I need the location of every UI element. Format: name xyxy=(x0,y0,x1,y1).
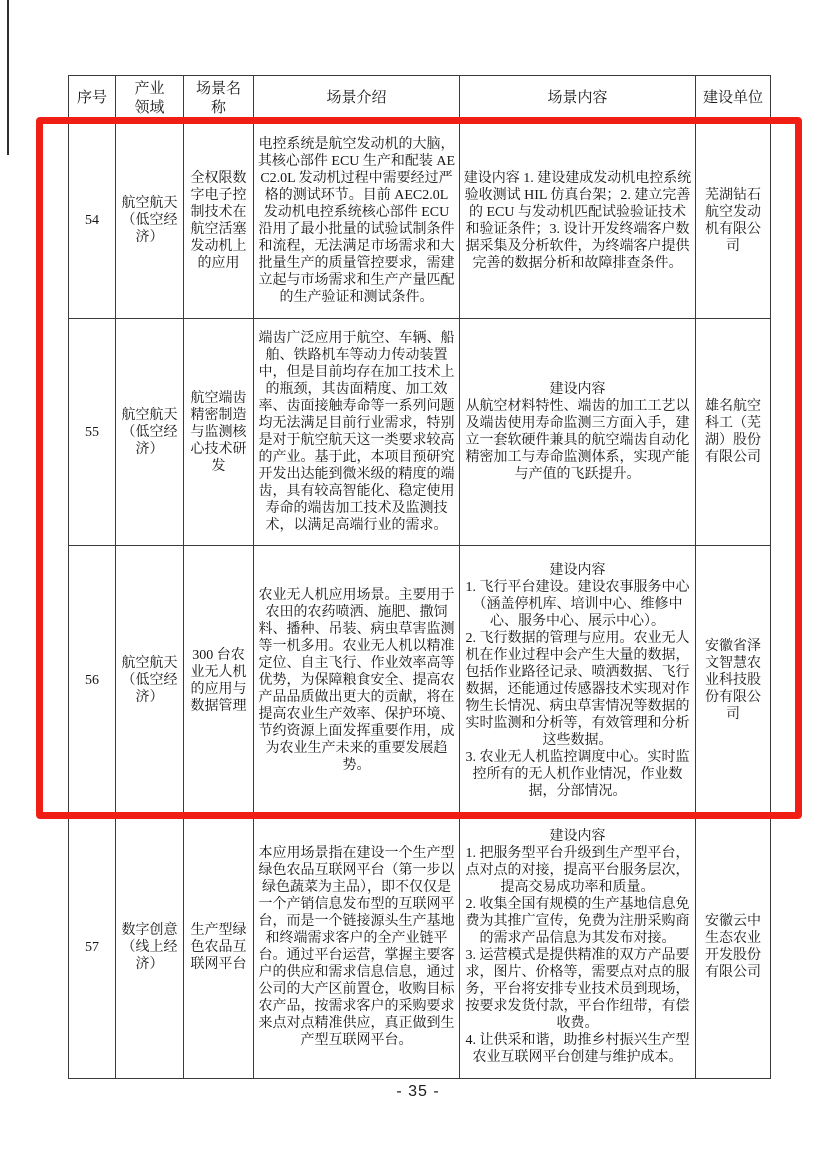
cell-scene-name: 生产型绿色农品互联网平台 xyxy=(184,816,254,1079)
col-header-index: 序号 xyxy=(69,76,116,123)
cell-no: 56 xyxy=(69,546,116,816)
col-header-scene-name: 场景名 称 xyxy=(184,76,254,123)
page-number: - 35 - xyxy=(0,1083,836,1101)
cell-content: 建设内容 1. 把服务型平台升级到生产型平台，点对点的对接，提高平台服务层次，提… xyxy=(460,816,696,1079)
cell-no: 55 xyxy=(69,319,116,546)
cell-industry: 航空航天（低空经济） xyxy=(116,546,184,816)
cell-intro: 端齿广泛应用于航空、车辆、船舶、铁路机车等动力传动装置中，但是目前均存在加工技术… xyxy=(254,319,460,546)
col-header-industry: 产业 领域 xyxy=(116,76,184,123)
cell-content: 建设内容 1. 建设建成发动机电控系统验收测试 HIL 仿真台架；2. 建立完善… xyxy=(460,123,696,319)
col-header-scene-content: 场景内容 xyxy=(460,76,696,123)
cell-intro: 本应用场景指在建设一个生产型绿色农品互联网平台（第一步以绿色蔬菜为主品），即不仅… xyxy=(254,816,460,1079)
table-header-row: 序号 产业 领域 场景名 称 场景介绍 场景内容 建设单位 xyxy=(69,76,771,123)
cell-intro: 电控系统是航空发动机的大脑，其核心部件 ECU 生产和配装 AEC2.0L 发动… xyxy=(254,123,460,319)
scenario-table: 序号 产业 领域 场景名 称 场景介绍 场景内容 建设单位 54 航空航天（低空… xyxy=(68,75,771,1079)
cell-industry: 航空航天（低空经济） xyxy=(116,123,184,319)
cell-intro: 农业无人机应用场景。主要用于农田的农药喷洒、施肥、撒饲料、播种、吊装、病虫草害监… xyxy=(254,546,460,816)
cell-content: 建设内容 1. 飞行平台建设。建设农事服务中心（涵盖停机库、培训中心、维修中心、… xyxy=(460,546,696,816)
cell-content: 建设内容 从航空材料特性、端齿的加工工艺以及端齿使用寿命监测三方面入手，建立一套… xyxy=(460,319,696,546)
cell-no: 54 xyxy=(69,123,116,319)
cell-unit: 雄名航空科工（芜湖）股份有限公司 xyxy=(696,319,771,546)
page-edge-line xyxy=(7,0,9,155)
col-header-build-unit: 建设单位 xyxy=(696,76,771,123)
table-row: 57 数字创意（线上经济） 生产型绿色农品互联网平台 本应用场景指在建设一个生产… xyxy=(69,816,771,1079)
table-row: 54 航空航天（低空经济） 全权限数字电子控制技术在航空活塞发动机上的应用 电控… xyxy=(69,123,771,319)
col-header-scene-intro: 场景介绍 xyxy=(254,76,460,123)
cell-scene-name: 航空端齿精密制造与监测核心技术研发 xyxy=(184,319,254,546)
cell-industry: 航空航天（低空经济） xyxy=(116,319,184,546)
cell-unit: 芜湖钻石航空发动机有限公司 xyxy=(696,123,771,319)
cell-unit: 安徽云中生态农业开发股份有限公司 xyxy=(696,816,771,1079)
table-row: 55 航空航天（低空经济） 航空端齿精密制造与监测核心技术研发 端齿广泛应用于航… xyxy=(69,319,771,546)
cell-scene-name: 全权限数字电子控制技术在航空活塞发动机上的应用 xyxy=(184,123,254,319)
cell-industry: 数字创意（线上经济） xyxy=(116,816,184,1079)
table-row: 56 航空航天（低空经济） 300 台农业无人机的应用与数据管理 农业无人机应用… xyxy=(69,546,771,816)
cell-unit: 安徽省泽文智慧农业科技股份有限公司 xyxy=(696,546,771,816)
cell-scene-name: 300 台农业无人机的应用与数据管理 xyxy=(184,546,254,816)
cell-no: 57 xyxy=(69,816,116,1079)
